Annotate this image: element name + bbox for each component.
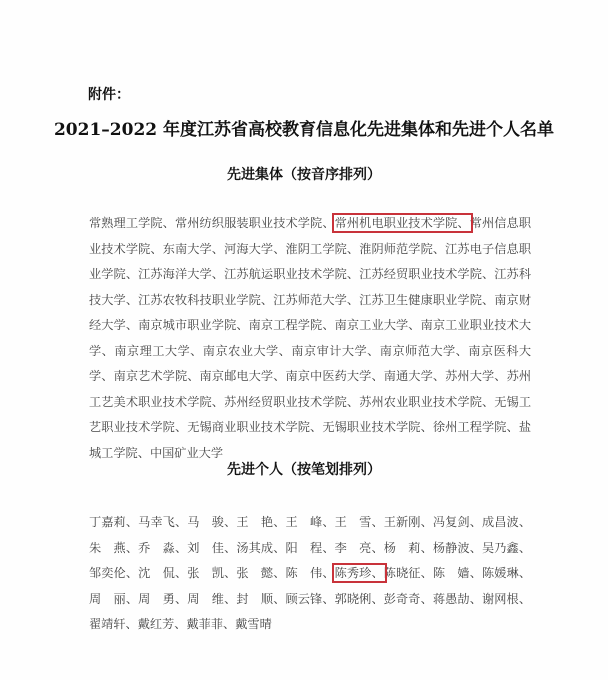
collective-item-highlighted: 常州机电职业技术学院、 (335, 216, 470, 230)
collective-item: 苏州大学、 (445, 369, 506, 383)
individual-item: 沈 侃、 (138, 566, 187, 580)
collective-item: 江苏经贸职业技术学院、 (359, 267, 494, 281)
individual-item: 封 顺、 (236, 592, 285, 606)
individual-item: 陈晓征、 (384, 566, 433, 580)
individual-item: 顾云锋、 (286, 592, 335, 606)
individual-item: 翟靖轩、 (89, 617, 138, 631)
individual-item: 谢网根、 (482, 592, 531, 606)
individual-item-highlighted: 陈秀珍、 (335, 566, 384, 580)
individual-item: 朱 燕、 (89, 541, 138, 555)
individual-item: 王新刚、 (384, 515, 433, 529)
individual-item: 周 维、 (187, 592, 236, 606)
individual-item: 刘 佳、 (187, 541, 236, 555)
collective-item: 东南大学、 (163, 242, 224, 256)
collective-item: 南通大学、 (384, 369, 445, 383)
individual-item: 成昌波、 (482, 515, 531, 529)
collective-item: 南京农业大学、 (203, 344, 292, 358)
collective-item: 淮阴工学院、 (286, 242, 360, 256)
collective-item: 徐州工程学院、 (433, 420, 519, 434)
collective-item: 中国矿业大学 (150, 446, 223, 460)
individual-item: 李 亮、 (335, 541, 384, 555)
collective-item: 江苏师范大学、 (273, 293, 359, 307)
collective-item: 江苏海洋大学、 (138, 267, 224, 281)
collective-item: 苏州农业职业技术学院、 (359, 395, 494, 409)
individual-item: 邹奕伦、 (89, 566, 138, 580)
individual-item: 陈 嫱、 (433, 566, 482, 580)
individual-section-heading: 先进个人（按笔划排列） (0, 459, 608, 479)
collective-item: 南京工程学院、 (249, 318, 335, 332)
individual-item: 周 勇、 (138, 592, 187, 606)
individual-item: 戴菲菲、 (187, 617, 236, 631)
individual-item: 杨 莉、 (384, 541, 433, 555)
collective-item: 南京城市职业学院、 (138, 318, 249, 332)
collective-item: 常州纺织服装职业技术学院、 (175, 216, 335, 230)
individual-item: 张 凯、 (187, 566, 236, 580)
individual-item: 王 艳、 (236, 515, 285, 529)
collective-item: 淮阴师范学院、 (359, 242, 445, 256)
individual-item: 吴乃鑫、 (482, 541, 531, 555)
individual-item: 阳 程、 (286, 541, 335, 555)
collective-list: 常熟理工学院、常州纺织服装职业技术学院、常州机电职业技术学院、常州信息职业技术学… (89, 211, 531, 466)
document-title: 2021–2022 年度江苏省高校教育信息化先进集体和先进个人名单 (0, 115, 608, 140)
individual-item: 丁嘉莉、 (89, 515, 138, 529)
collective-item: 常熟理工学院、 (89, 216, 175, 230)
individual-item: 杨静波、 (433, 541, 482, 555)
individual-item: 张 懿、 (236, 566, 285, 580)
individual-item: 陈 伟、 (286, 566, 335, 580)
collective-item: 无锡商业职业技术学院、 (187, 420, 322, 434)
individual-item: 冯复剑、 (433, 515, 482, 529)
collective-item: 南京艺术学院、 (114, 369, 200, 383)
individual-item: 马 骏、 (187, 515, 236, 529)
collective-item: 南京邮电大学、 (200, 369, 286, 383)
individual-item: 王 峰、 (286, 515, 335, 529)
individual-item: 蒋愚劼、 (433, 592, 482, 606)
individual-item: 戴红芳、 (138, 617, 187, 631)
individual-item: 陈媛琳、 (482, 566, 531, 580)
individual-item: 马幸飞、 (138, 515, 187, 529)
collective-item: 南京中医药大学、 (286, 369, 384, 383)
collective-item: 南京工业大学、 (335, 318, 421, 332)
individual-item: 周 丽、 (89, 592, 138, 606)
collective-item: 南京师范大学、 (380, 344, 469, 358)
attachment-label: 附件： (88, 84, 130, 104)
individual-list: 丁嘉莉、马幸飞、马 骏、王 艳、王 峰、王 雪、王新刚、冯复剑、成昌波、朱 燕、… (89, 510, 531, 638)
individual-item: 彭奇奇、 (384, 592, 433, 606)
individual-item: 王 雪、 (335, 515, 384, 529)
collective-item: 南京理工大学、 (114, 344, 203, 358)
document-page: 附件： 2021–2022 年度江苏省高校教育信息化先进集体和先进个人名单 先进… (0, 0, 608, 680)
collective-item: 无锡职业技术学院、 (322, 420, 433, 434)
individual-item: 戴雪晴 (235, 617, 272, 631)
collective-item: 江苏卫生健康职业学院、 (359, 293, 494, 307)
individual-item: 郭晓俐、 (335, 592, 384, 606)
individual-item: 乔 淼、 (138, 541, 187, 555)
collective-item: 南京审计大学、 (291, 344, 380, 358)
collective-item: 苏州经贸职业技术学院、 (224, 395, 359, 409)
collective-item: 河海大学、 (224, 242, 285, 256)
collective-item: 江苏农牧科技职业学院、 (138, 293, 273, 307)
individual-item: 汤其成、 (236, 541, 285, 555)
collective-item: 江苏航运职业技术学院、 (224, 267, 359, 281)
collective-section-heading: 先进集体（按音序排列） (0, 164, 608, 184)
